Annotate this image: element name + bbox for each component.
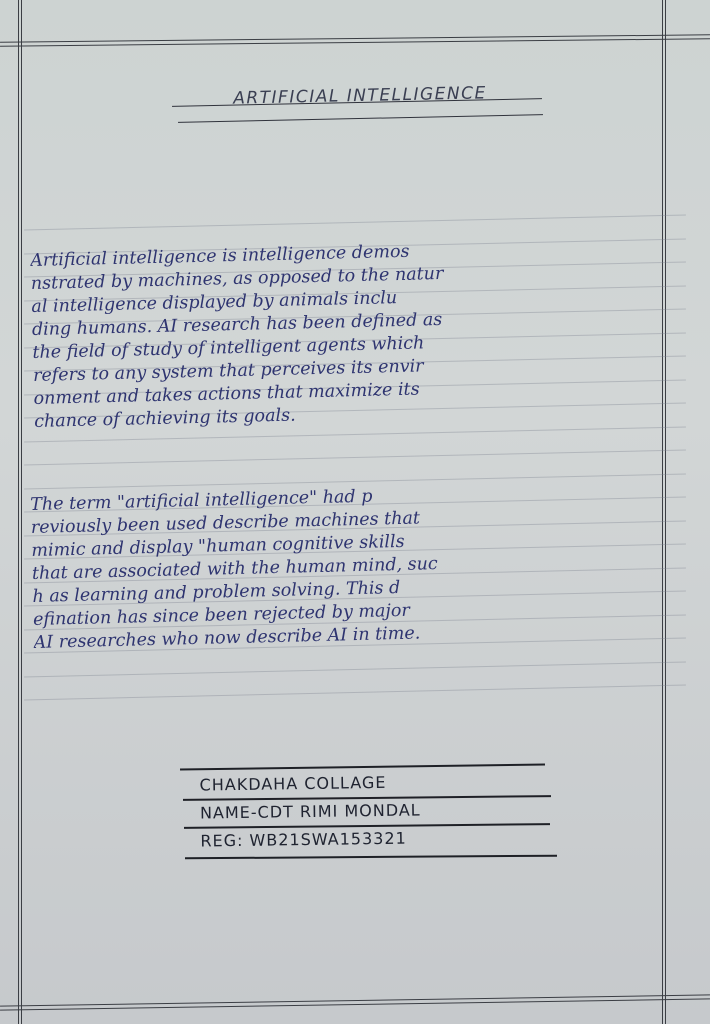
top-margin-line-inner (0, 38, 710, 46)
left-margin-line (18, 0, 19, 1024)
left-margin-line-inner (21, 0, 22, 1024)
notebook-page: ARTIFICIAL INTELLIGENCE Artificial intel… (0, 0, 710, 1024)
ruled-line (24, 214, 686, 230)
page-title: ARTIFICIAL INTELLIGENCE (180, 82, 540, 110)
paragraph-1: Artificial intelligence is intelligence … (30, 234, 682, 434)
signature-block: CHAKDAHA COLLAGE NAME-CDT RIMI MONDAL RE… (199, 767, 560, 856)
ruled-line (24, 684, 686, 700)
paragraph-2: The term "artificial intelligence" had p… (30, 478, 682, 655)
title-underline (178, 114, 543, 123)
ruled-line (24, 449, 686, 465)
ruled-line (24, 661, 686, 677)
registration-number: REG: WB21SWA153321 (200, 823, 560, 856)
